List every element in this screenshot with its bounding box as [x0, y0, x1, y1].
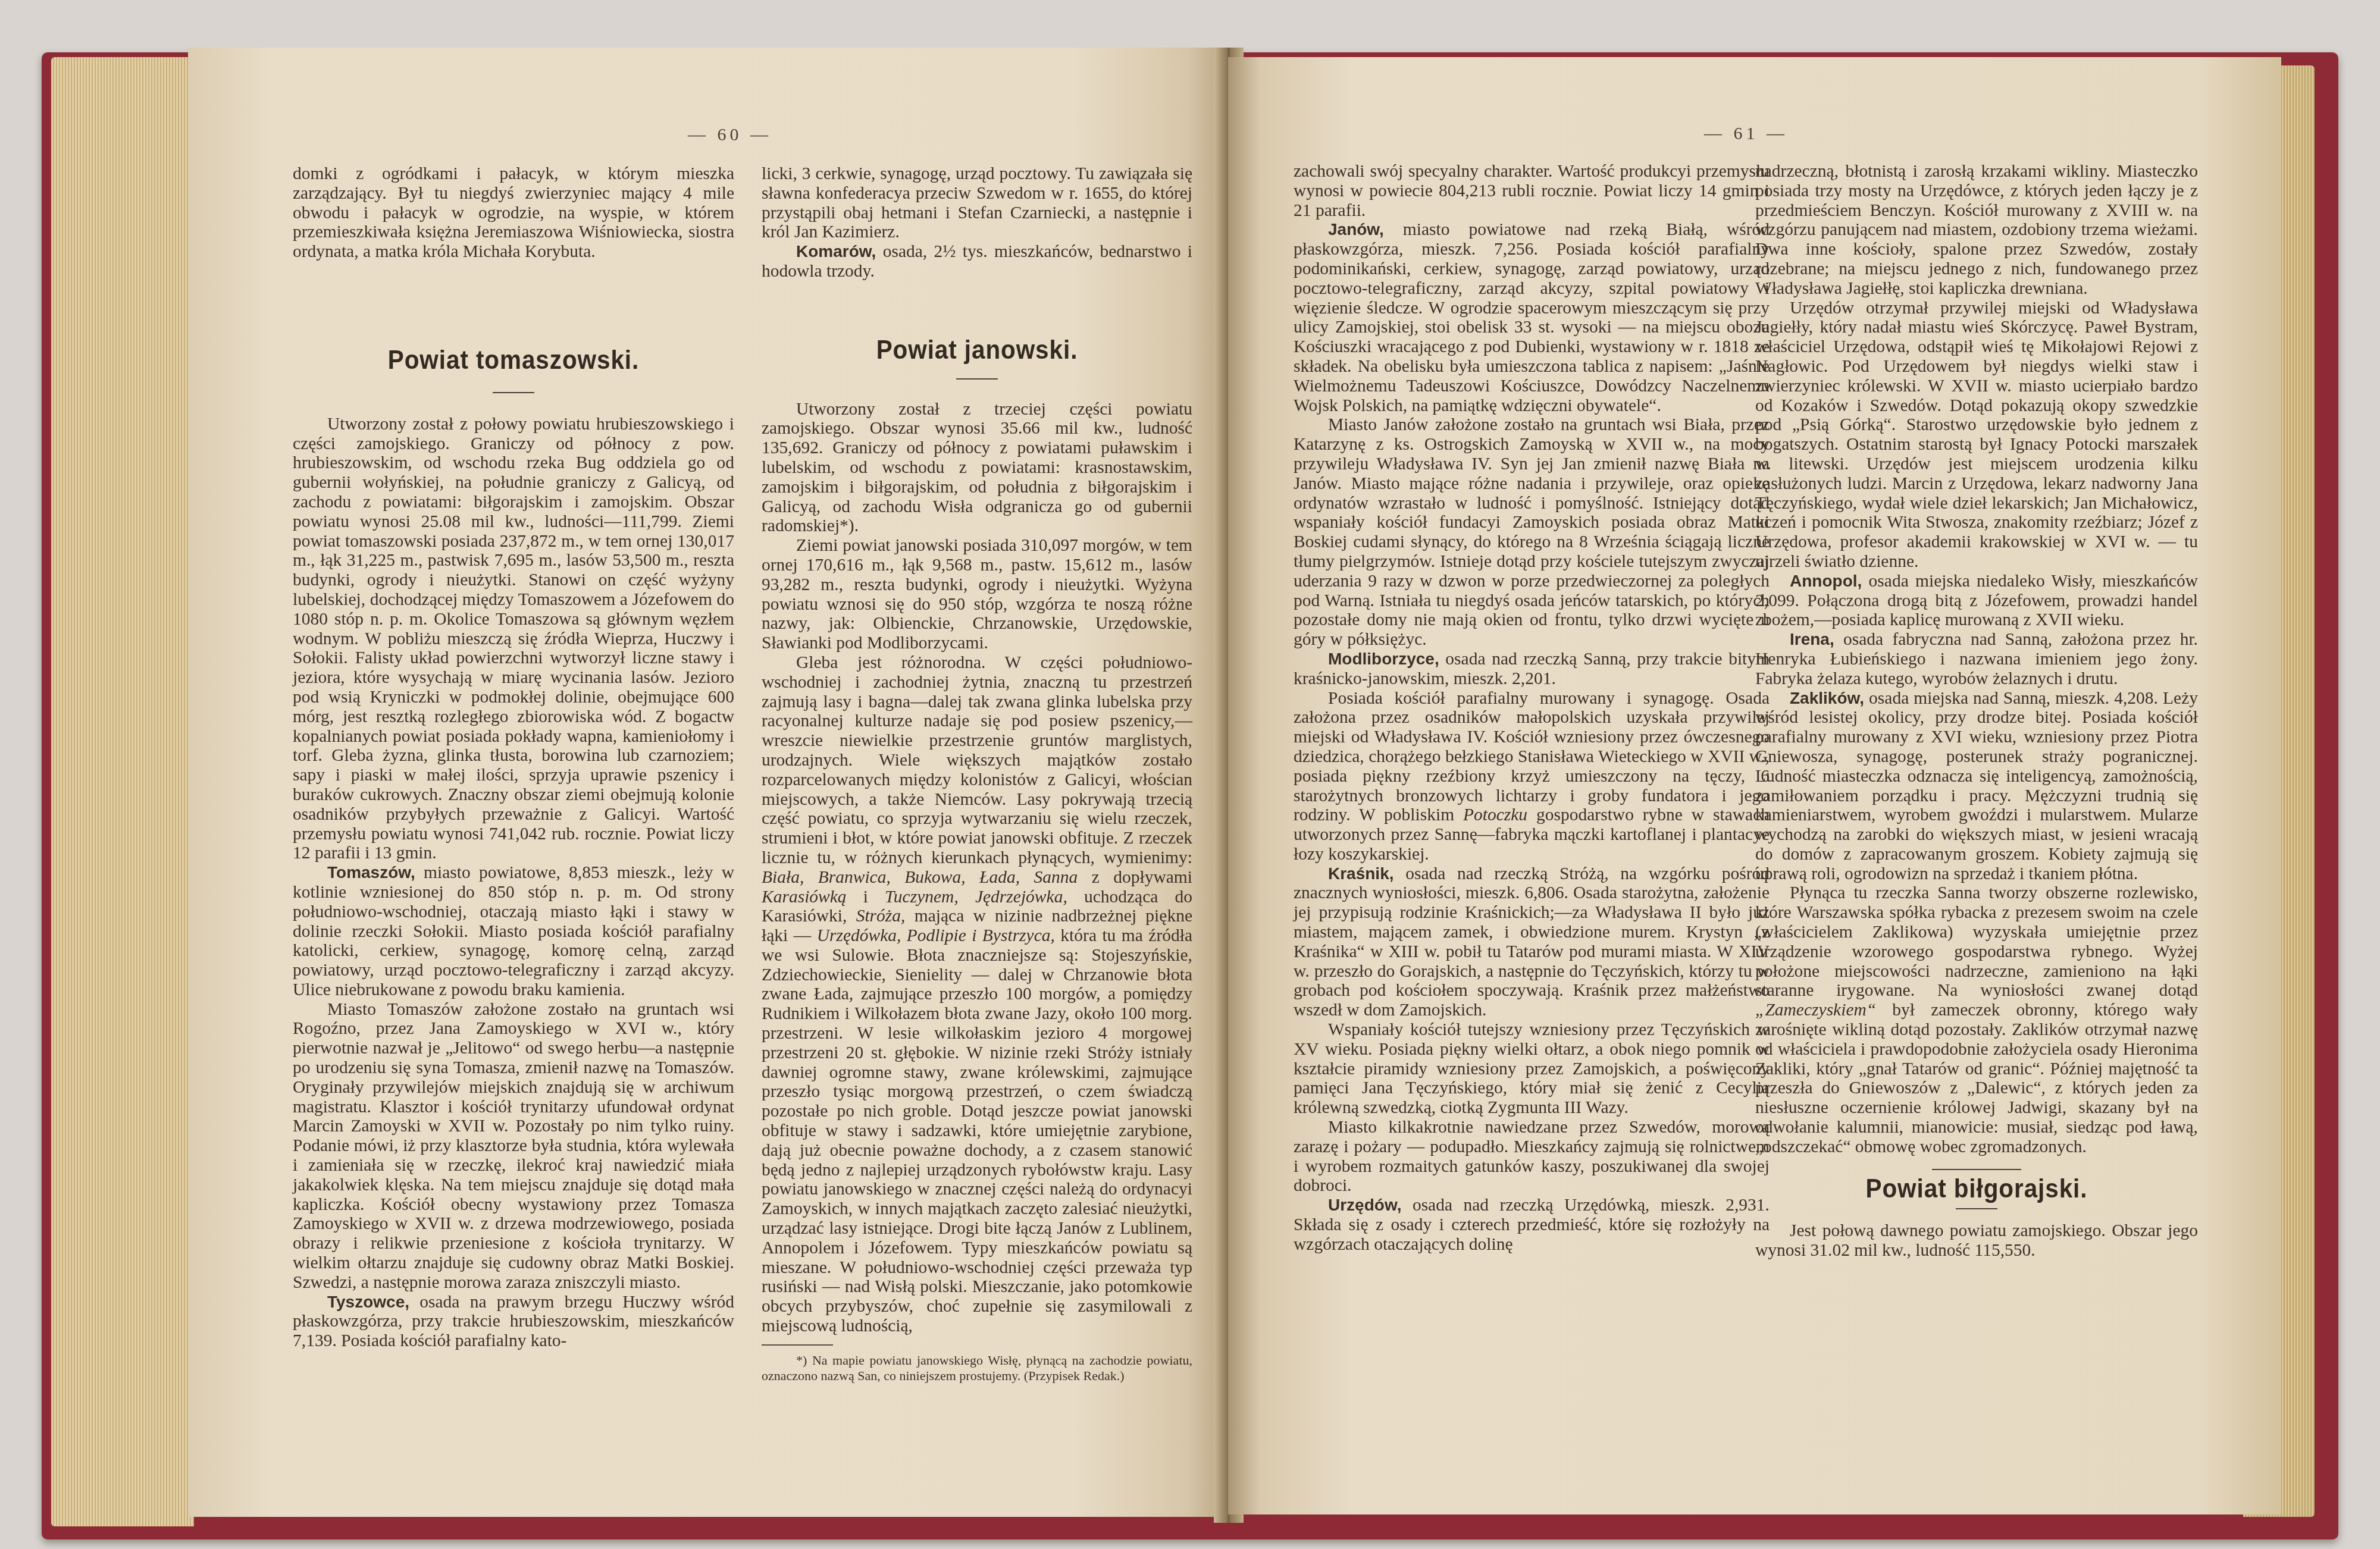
entry-title: Tomaszów, — [327, 863, 415, 882]
text: i — [847, 888, 885, 907]
paragraph: zachowali swój specyalny charakter. Wart… — [1294, 162, 1770, 220]
entry-text: miasto powiatowe, 8,853 mieszk., leży w … — [293, 863, 734, 999]
paragraph: Miasto kilkakrotnie nawiedzane przez Szw… — [1294, 1118, 1770, 1196]
entry-text: osada miejska nad Sanną, mieszk. 4,208. … — [1755, 689, 2198, 883]
paragraph: Miasto Janów założone zostało na gruntac… — [1294, 415, 1770, 650]
paragraph: Jest połową dawnego powiatu zamojskiego.… — [1755, 1221, 2198, 1260]
left-page-column-1: domki z ogródkami i pałacyk, w którym mi… — [293, 164, 734, 1351]
text: Płynąca tu rzeczka Sanna tworzy obszerne… — [1755, 883, 2198, 1000]
entry-krasnik: Kraśnik, osada nad rzeczką Stróżą, na wz… — [1294, 864, 1770, 1020]
entry-tyszowce: Tyszowce, osada na prawym brzegu Huczwy … — [293, 1293, 734, 1351]
left-page: — 60 — domki z ogródkami i pałacyk, w kt… — [188, 48, 1228, 1517]
entry-title: Tyszowce, — [327, 1293, 409, 1311]
left-page-column-2: licki, 3 cerkwie, synagogę, urząd poczto… — [762, 164, 1192, 1384]
section-heading-janowski: Powiat janowski. — [779, 341, 1175, 360]
river-names: Tuczynem, Jędrzejówka, — [885, 888, 1067, 907]
entry-tomaszow: Tomaszów, miasto powiatowe, 8,853 mieszk… — [293, 863, 734, 1000]
text: która tu ma źródła we wsi Sulowie. Błota… — [762, 926, 1192, 1335]
right-page: — 61 — zachowali swój specyalny charakte… — [1228, 57, 2281, 1514]
paragraph: Posiada kościół parafialny murowany i sy… — [1294, 689, 1770, 864]
paragraph: Urzędów otrzymał przywilej miejski od Wł… — [1755, 299, 2198, 572]
entry-urzedow: Urzędów, osada nad rzeczką Urzędówką, mi… — [1294, 1196, 1770, 1254]
text: był zameczek obronny, którego wały zaroś… — [1755, 1001, 2198, 1156]
paragraph: Utworzony został z trzeciej części powia… — [762, 400, 1192, 537]
entry-text: osada nad rzeczką Stróżą, na wzgórku poś… — [1294, 864, 1770, 1020]
entry-title: Annopol, — [1790, 572, 1862, 590]
entry-modliborzyce: Modliborzyce, osada nad rzeczką Sanną, p… — [1294, 650, 1770, 689]
right-page-column-2: nadrzeczną, błotnistą i zarosłą krzakami… — [1755, 162, 2198, 1260]
right-page-column-1: zachowali swój specyalny charakter. Wart… — [1294, 162, 1770, 1255]
entry-text: miasto powiatowe nad rzeką Białą, wśród … — [1294, 220, 1770, 415]
place-name: Potoczku — [1463, 805, 1527, 824]
text: Posiada kościół parafialny murowany i sy… — [1294, 689, 1770, 825]
paragraph: domki z ogródkami i pałacyk, w którym mi… — [293, 164, 734, 262]
paragraph: Utworzony został z połowy powiatu hrubie… — [293, 415, 734, 863]
entry-title: Urzędów, — [1328, 1196, 1401, 1214]
footnote-divider — [762, 1344, 833, 1346]
page-number: — 60 — — [688, 125, 772, 145]
paragraph-rivers: Gleba jest różnorodna. W części południo… — [762, 653, 1192, 1336]
place-name: „Zameczyskiem“ — [1755, 1001, 1876, 1020]
paragraph: nadrzeczną, błotnistą i zarosłą krzakami… — [1755, 162, 2198, 299]
entry-janow: Janów, miasto powiatowe nad rzeką Białą,… — [1294, 220, 1770, 415]
text: z dopływami — [1078, 868, 1192, 887]
entry-title: Modliborzyce, — [1328, 650, 1439, 668]
paragraph: Miasto Tomaszów założone zostało na grun… — [293, 1000, 734, 1293]
entry-komarow: Komarów, osada, 2½ tys. mieszkańców, bed… — [762, 242, 1192, 281]
entry-title: Zaklików, — [1790, 689, 1864, 707]
river-names: Stróża, — [856, 907, 906, 926]
footnote: *) Na mapie powiatu janowskiego Wisłę, p… — [762, 1353, 1192, 1384]
entry-irena: Irena, osada fabryczna nad Sanną, założo… — [1755, 630, 2198, 688]
paragraph: licki, 3 cerkwie, synagogę, urząd poczto… — [762, 164, 1192, 242]
section-heading-tomaszowski: Powiat tomaszowski. — [311, 351, 717, 371]
page-number: — 61 — — [1704, 124, 1788, 144]
entry-title: Komarów, — [796, 242, 876, 261]
entry-annopol: Annopol, osada miejska niedaleko Wisły, … — [1755, 572, 2198, 630]
paragraph: Ziemi powiat janowski posiada 310,097 mo… — [762, 536, 1192, 653]
entry-title: Irena, — [1790, 630, 1834, 648]
paragraph: Wspaniały kościół tutejszy wzniesiony pr… — [1294, 1020, 1770, 1118]
river-names: Karasiówką — [762, 888, 847, 907]
page-edges-left — [51, 57, 194, 1526]
text: Gleba jest różnorodna. W części południo… — [762, 653, 1192, 867]
entry-zaklikow: Zaklików, osada miejska nad Sanną, miesz… — [1755, 689, 2198, 884]
entry-title: Kraśnik, — [1328, 864, 1394, 883]
river-names: Biała, Branwica, Bukowa, Łada, Sanna — [762, 868, 1078, 887]
river-names: Urzędówka, Podlipie i Bystrzyca, — [817, 926, 1055, 945]
entry-title: Janów, — [1328, 220, 1384, 239]
paragraph: Płynąca tu rzeczka Sanna tworzy obszerne… — [1755, 883, 2198, 1156]
section-heading-bilgorajski: Powiat biłgorajski. — [1773, 1180, 2180, 1199]
